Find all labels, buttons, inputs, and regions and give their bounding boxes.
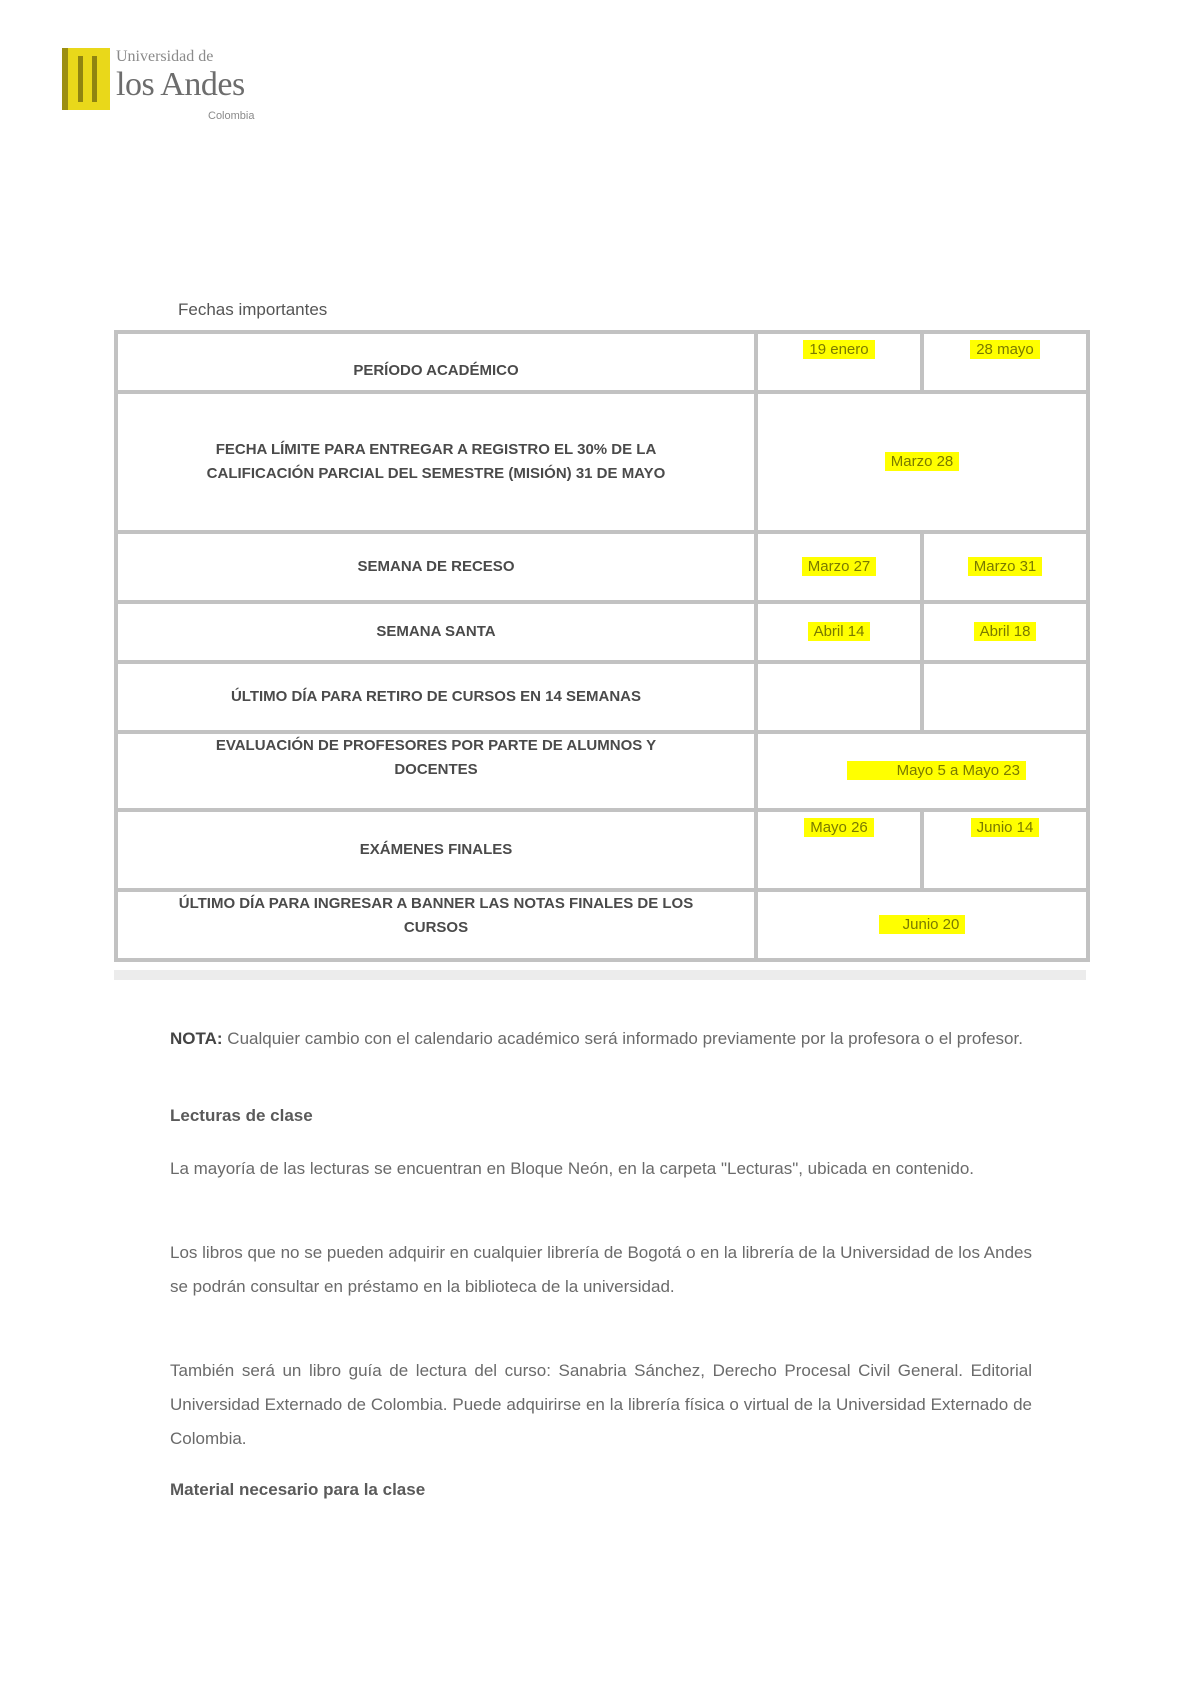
readings-paragraph-2: Los libros que no se pueden adquirir en … [170, 1236, 1032, 1304]
table-row: Período académico 19 enero 28 mayo [116, 332, 1088, 392]
date-highlight: Abril 14 [808, 622, 871, 641]
materials-heading: Material necesario para la clase [170, 1480, 425, 1500]
important-dates-table: Período académico 19 enero 28 mayo Fecha… [114, 330, 1090, 962]
note-paragraph: NOTA: Cualquier cambio con el calendario… [170, 1022, 1032, 1056]
date-cell: Mayo 26 [756, 810, 922, 890]
date-highlight: Junio 14 [971, 818, 1040, 837]
table-row: Último día para retiro de cursos en 14 s… [116, 662, 1088, 732]
table-row: Exámenes finales Mayo 26 Junio 14 [116, 810, 1088, 890]
date-highlight: Mayo 5 a Mayo 23 [847, 761, 1026, 780]
table-row: Semana Santa Abril 14 Abril 18 [116, 602, 1088, 662]
section-title: Fechas importantes [178, 300, 327, 320]
row-label: Período académico [116, 332, 756, 392]
table-row: Semana de receso Marzo 27 Marzo 31 [116, 532, 1088, 602]
logo-mark-icon [62, 48, 110, 110]
table-row: Último día para ingresar a Banner las no… [116, 890, 1088, 960]
table-row: Fecha límite para entregar a Registro el… [116, 392, 1088, 532]
date-cell: Junio 14 [922, 810, 1088, 890]
logo-text-line3: Colombia [208, 110, 254, 122]
logo-text-line2: los Andes [116, 66, 245, 104]
readings-heading: Lecturas de clase [170, 1106, 313, 1126]
date-cell: 19 enero [756, 332, 922, 392]
note-label: NOTA: [170, 1029, 223, 1048]
date-highlight: 19 enero [803, 340, 874, 359]
row-label: Último día para retiro de cursos en 14 s… [116, 662, 756, 732]
table-row: Evaluación de profesores por parte de al… [116, 732, 1088, 810]
date-highlight: Abril 18 [974, 622, 1037, 641]
table-footer-bar [114, 970, 1086, 980]
date-highlight: 28 mayo [970, 340, 1040, 359]
date-cell: Mayo 5 a Mayo 23 [756, 732, 1088, 810]
row-label: Evaluación de profesores por parte de al… [116, 732, 756, 810]
date-highlight: Marzo 31 [968, 557, 1043, 576]
row-label: Semana de receso [116, 532, 756, 602]
row-label: Exámenes finales [116, 810, 756, 890]
date-cell: Marzo 31 [922, 532, 1088, 602]
date-cell: Abril 18 [922, 602, 1088, 662]
date-highlight: Marzo 28 [885, 452, 960, 471]
date-cell [756, 662, 922, 732]
date-cell: Marzo 27 [756, 532, 922, 602]
row-label: Último día para ingresar a Banner las no… [116, 890, 756, 960]
date-cell [922, 662, 1088, 732]
logo-text-line1: Universidad de [116, 48, 213, 66]
university-logo: Universidad de los Andes Colombia [62, 46, 272, 126]
date-cell: Junio 20 [756, 890, 1088, 960]
note-text: Cualquier cambio con el calendario acadé… [223, 1029, 1023, 1048]
date-highlight: Junio 20 [879, 915, 966, 934]
readings-paragraph-3: También será un libro guía de lectura de… [170, 1354, 1032, 1456]
row-label: Fecha límite para entregar a Registro el… [116, 392, 756, 532]
row-label: Semana Santa [116, 602, 756, 662]
date-highlight: Marzo 27 [802, 557, 877, 576]
date-cell: Marzo 28 [756, 392, 1088, 532]
date-cell: 28 mayo [922, 332, 1088, 392]
date-cell: Abril 14 [756, 602, 922, 662]
readings-paragraph-1: La mayoría de las lecturas se encuentran… [170, 1152, 1032, 1186]
date-highlight: Mayo 26 [804, 818, 874, 837]
